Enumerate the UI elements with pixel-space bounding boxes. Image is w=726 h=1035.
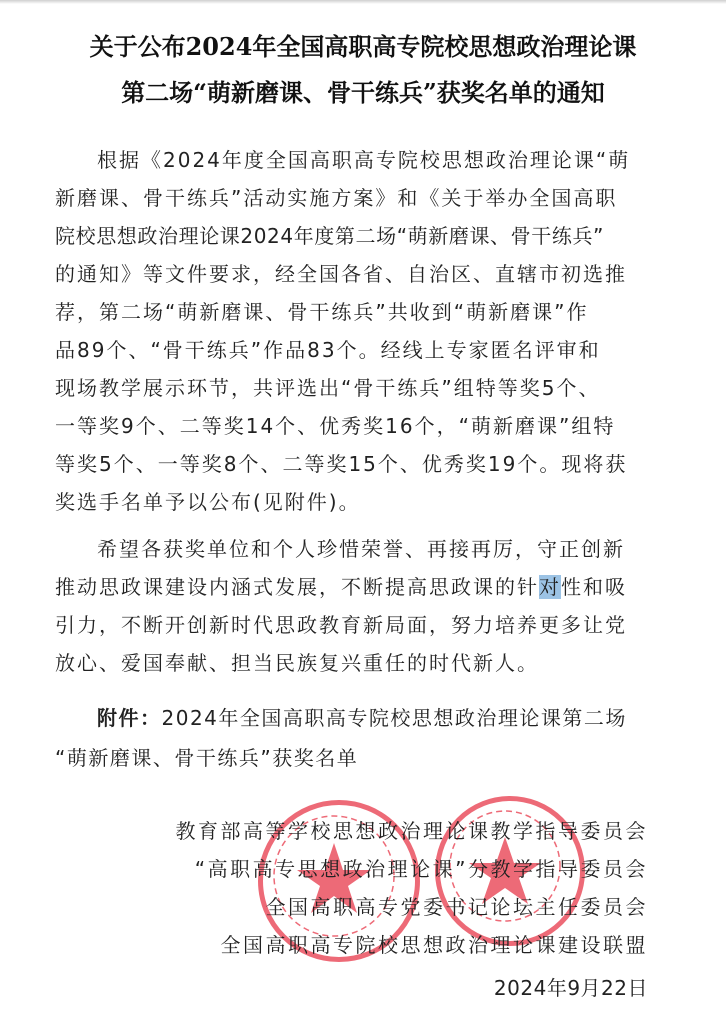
attachment-title: 2024年全国高职高专院校思想政治理论课第二场 [162,706,627,730]
paragraph-line: 品89个、“骨干练兵”作品83个。经线上专家匿名评审和 [55,331,647,369]
signatory-4: 全国高职高专院校思想政治理论课建设联盟 [221,929,649,958]
paragraph-1: 根据《2024年度全国高职高专院校思想政治理论课“萌 新磨课、骨干练兵”活动实施… [55,141,647,521]
document-title-line1: 关于公布2024年全国高职高专院校思想政治理论课 [0,27,726,62]
attachment-line2: “萌新磨课、骨干练兵”获奖名单 [55,738,655,778]
paragraph-line: 根据《2024年度全国高职高专院校思想政治理论课“萌 [55,141,647,179]
paragraph-line: 推动思政课建设内涵式发展，不断提高思政课的针对性和吸 [55,568,647,606]
paragraph-line: 等奖5个、一等奖8个、二等奖15个、优秀奖19个。现将获 [55,445,647,483]
paragraph-line: 的通知》等文件要求，经全国各省、自治区、直辖市初选推 [55,255,647,293]
paragraph-line: 院校思想政治理论课2024年度第二场“萌新磨课、骨干练兵” [55,217,647,255]
paragraph-line: 荐，第二场“萌新磨课、骨干练兵”共收到“萌新磨课”作 [55,293,647,331]
paragraph-line: 引力，不断开创新时代思政教育新局面，努力培养更多让党 [55,606,647,644]
document-date: 2024年9月22日 [494,972,648,1001]
paragraph-line: 希望各获奖单位和个人珍惜荣誉、再接再厉，守正创新 [55,530,647,568]
attachment-note: 附件：2024年全国高职高专院校思想政治理论课第二场 “萌新磨课、骨干练兵”获奖… [55,698,655,778]
signatory-3: 全国高职高专党委书记论坛主任委员会 [266,891,649,920]
attachment-line1: 附件：2024年全国高职高专院校思想政治理论课第二场 [55,698,655,738]
document-title-line2: 第二场“萌新磨课、骨干练兵”获奖名单的通知 [0,73,726,108]
paragraph-line: 放心、爱国奉献、担当民族复兴重任的时代新人。 [55,644,647,682]
selected-text-highlight[interactable]: 对 [539,575,561,599]
paragraph-line: 新磨课、骨干练兵”活动实施方案》和《关于举办全国高职 [55,179,647,217]
text-segment: 推动思政课建设内涵式发展，不断提高思政课的针 [55,575,539,599]
attachment-label: 附件： [97,706,162,730]
paragraph-line: 奖选手名单予以公布(见附件)。 [55,483,647,521]
signatory-1: 教育部高等学校思想政治理论课教学指导委员会 [176,815,649,844]
page-top-edge [0,0,726,4]
text-segment: 性和吸 [561,575,627,599]
signatory-2: “高职高专思想政治理论课”分教学指导委员会 [195,853,648,882]
paragraph-line: 一等奖9个、二等奖14个、优秀奖16个，“萌新磨课”组特 [55,407,647,445]
paragraph-line: 现场教学展示环节，共评选出“骨干练兵”组特等奖5个、 [55,369,647,407]
paragraph-2: 希望各获奖单位和个人珍惜荣誉、再接再厉，守正创新 推动思政课建设内涵式发展，不断… [55,530,647,682]
